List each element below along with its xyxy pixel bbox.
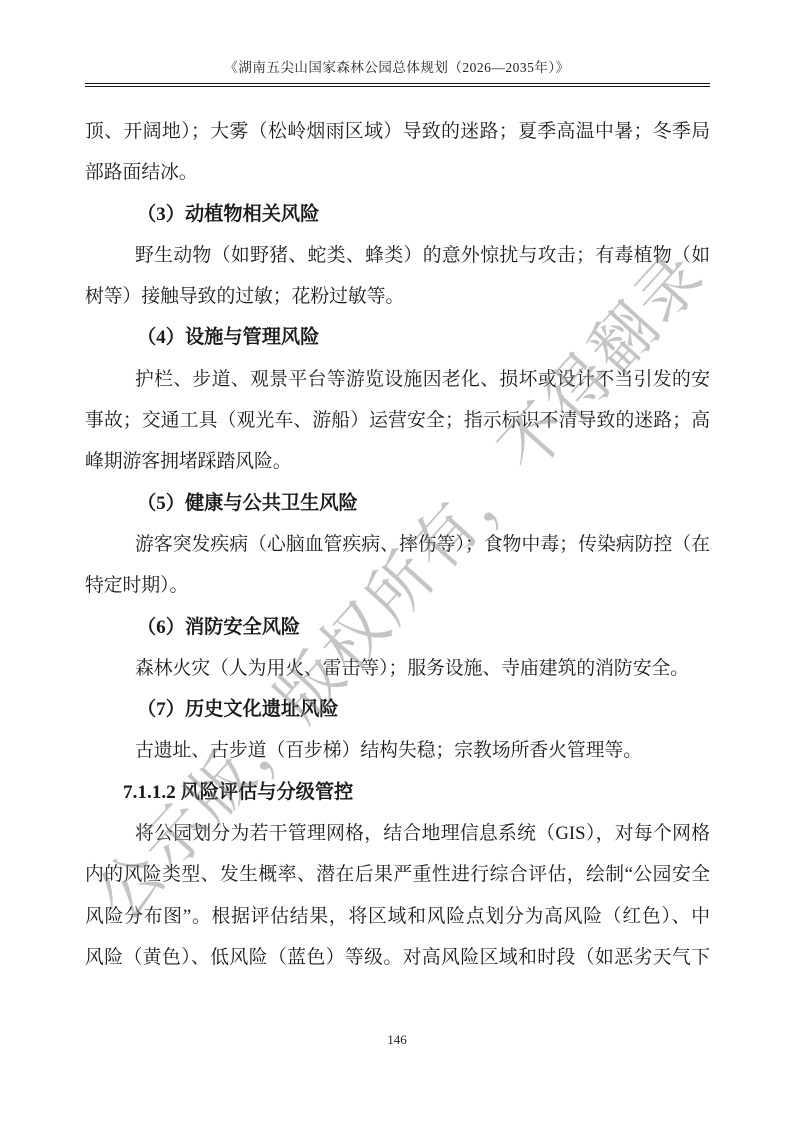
body-text-line: 护栏、步道、观景平台等游览设施因老化、损坏或设计不当引发的安全 <box>85 359 710 400</box>
page-content: 顶、开阔地）；大雾（松岭烟雨区域）导致的迷路；夏季高温中暑；冬季局部路面结冰。（… <box>85 111 710 978</box>
section-heading: （7）历史文化遗址风险 <box>85 689 710 730</box>
footer-page-number: 146 <box>0 1032 794 1048</box>
body-text-line: 野生动物（如野猪、蛇类、蜂类）的意外惊扰与攻击；有毒植物（如漆 <box>85 235 710 276</box>
body-text-line: 部路面结冰。 <box>85 152 710 193</box>
section-heading: （3）动植物相关风险 <box>85 194 710 235</box>
sub-section-heading: 7.1.1.2 风险评估与分级管控 <box>85 772 710 813</box>
body-text-line: 风险（黄色）、低风险（蓝色）等级。对高风险区域和时段（如恶劣天气下 <box>85 937 710 978</box>
body-text-line: 峰期游客拥堵踩踏风险。 <box>85 441 710 482</box>
body-text-line: 古遗址、古步道（百步梯）结构失稳；宗教场所香火管理等。 <box>85 730 710 771</box>
section-heading: （6）消防安全风险 <box>85 607 710 648</box>
body-text-line: 游客突发疾病（心脑血管疾病、摔伤等）；食物中毒；传染病防控（在 <box>85 524 710 565</box>
document-page: 《湖南五尖山国家森林公园总体规划（2026—2035年）》 顶、开阔地）；大雾（… <box>0 0 794 1122</box>
header-rule-divider <box>85 83 710 87</box>
body-text-line: 内的风险类型、发生概率、潜在后果严重性进行综合评估，绘制“公园安全 <box>85 854 710 895</box>
header-title: 《湖南五尖山国家森林公园总体规划（2026—2035年）》 <box>0 56 794 76</box>
body-text-line: 事故；交通工具（观光车、游船）运营安全；指示标识不清导致的迷路；高 <box>85 400 710 441</box>
body-text-line: 顶、开阔地）；大雾（松岭烟雨区域）导致的迷路；夏季高温中暑；冬季局 <box>85 111 710 152</box>
section-heading: （5）健康与公共卫生风险 <box>85 483 710 524</box>
body-text-line: 风险分布图”。根据评估结果，将区域和风险点划分为高风险（红色）、中 <box>85 896 710 937</box>
section-heading: （4）设施与管理风险 <box>85 317 710 358</box>
body-text-line: 特定时期）。 <box>85 565 710 606</box>
body-text-line: 森林火灾（人为用火、雷击等）；服务设施、寺庙建筑的消防安全。 <box>85 648 710 689</box>
body-text-line: 树等）接触导致的过敏；花粉过敏等。 <box>85 276 710 317</box>
body-text-line: 将公园划分为若干管理网格，结合地理信息系统（GIS），对每个网格 <box>85 813 710 854</box>
